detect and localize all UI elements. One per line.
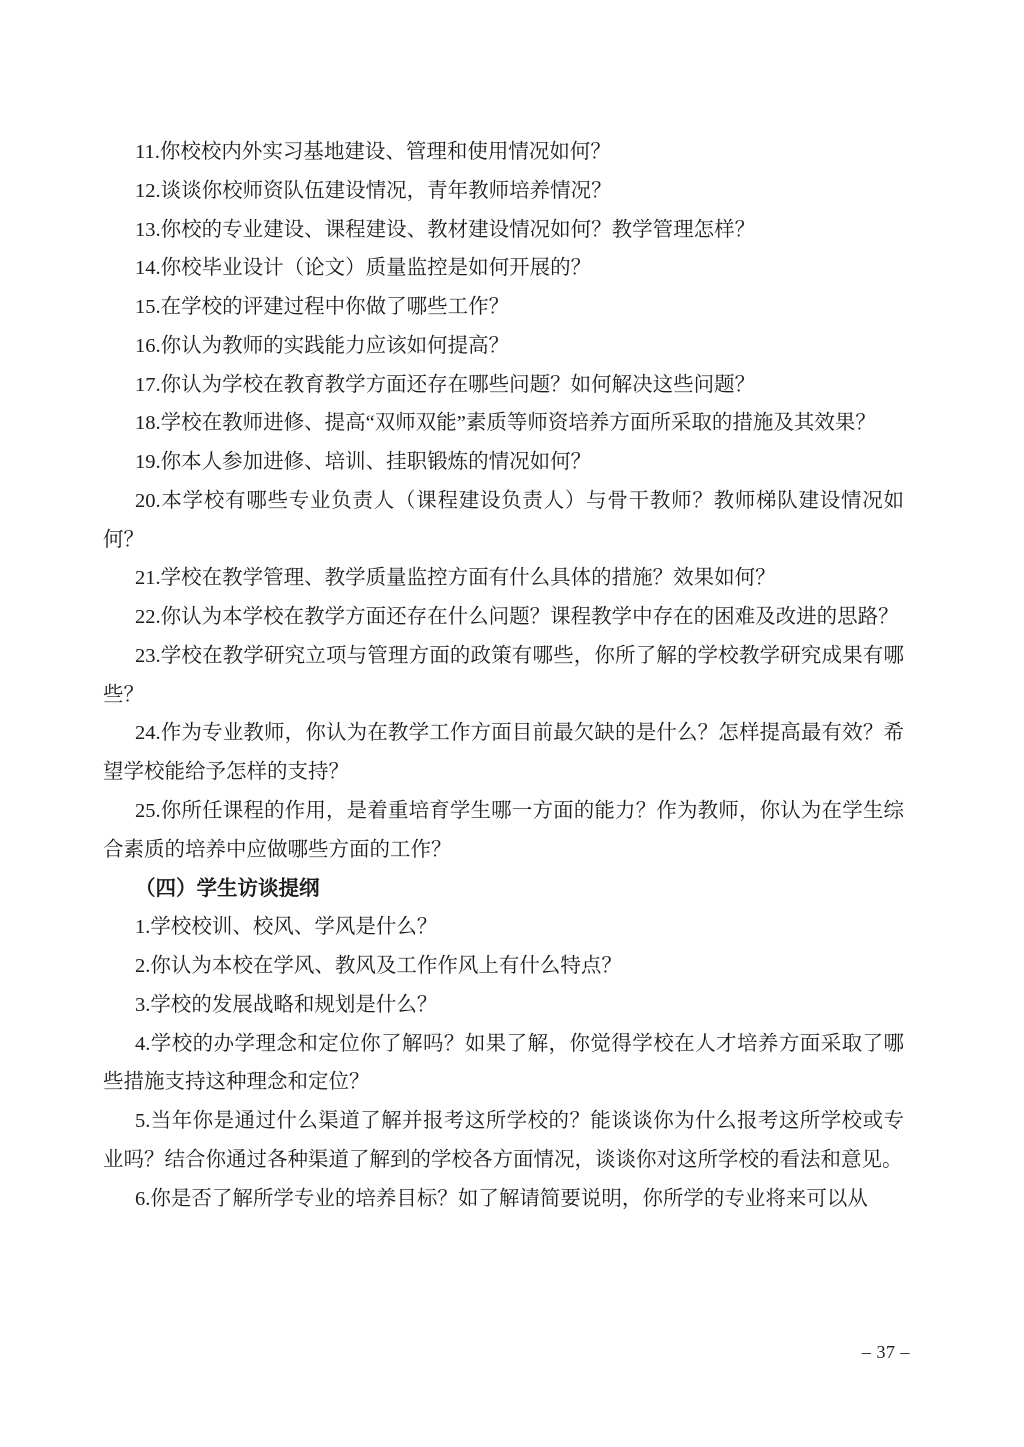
teacher-question-15: 15.在学校的评建过程中你做了哪些工作？	[103, 288, 904, 327]
teacher-question-12: 12.谈谈你校师资队伍建设情况，青年教师培养情况？	[103, 172, 904, 211]
teacher-question-17: 17.你认为学校在教育教学方面还存在哪些问题？如何解决这些问题？	[103, 366, 904, 405]
student-question-6: 6.你是否了解所学专业的培养目标？如了解请简要说明，你所学的专业将来可以从	[103, 1180, 904, 1219]
teacher-question-18: 18.学校在教师进修、提高“双师双能”素质等师资培养方面所采取的措施及其效果？	[103, 404, 904, 443]
teacher-question-14: 14.你校毕业设计（论文）质量监控是如何开展的？	[103, 249, 904, 288]
teacher-question-24: 24.作为专业教师，你认为在教学工作方面目前最欠缺的是什么？怎样提高最有效？希望…	[103, 714, 904, 792]
student-question-3: 3.学校的发展战略和规划是什么？	[103, 986, 904, 1025]
page-number: – 37 –	[862, 1341, 910, 1363]
student-question-1: 1.学校校训、校风、学风是什么？	[103, 908, 904, 947]
document-body: 11.你校校内外实习基地建设、管理和使用情况如何？ 12.谈谈你校师资队伍建设情…	[103, 133, 904, 1218]
teacher-question-21: 21.学校在教学管理、教学质量监控方面有什么具体的措施？效果如何？	[103, 559, 904, 598]
teacher-question-25: 25.你所任课程的作用，是着重培育学生哪一方面的能力？作为教师，你认为在学生综合…	[103, 792, 904, 870]
student-question-5: 5.当年你是通过什么渠道了解并报考这所学校的？能谈谈你为什么报考这所学校或专业吗…	[103, 1102, 904, 1180]
teacher-question-19: 19.你本人参加进修、培训、挂职锻炼的情况如何？	[103, 443, 904, 482]
student-question-2: 2.你认为本校在学风、教风及工作作风上有什么特点？	[103, 947, 904, 986]
section-heading-student-interview-outline: （四）学生访谈提纲	[103, 870, 904, 909]
student-question-4: 4.学校的办学理念和定位你了解吗？如果了解，你觉得学校在人才培养方面采取了哪些措…	[103, 1025, 904, 1103]
teacher-question-20: 20.本学校有哪些专业负责人（课程建设负责人）与骨干教师？教师梯队建设情况如何？	[103, 482, 904, 560]
document-page: 11.你校校内外实习基地建设、管理和使用情况如何？ 12.谈谈你校师资队伍建设情…	[0, 0, 1024, 1447]
teacher-question-23: 23.学校在教学研究立项与管理方面的政策有哪些，你所了解的学校教学研究成果有哪些…	[103, 637, 904, 715]
teacher-question-16: 16.你认为教师的实践能力应该如何提高？	[103, 327, 904, 366]
teacher-question-22: 22.你认为本学校在教学方面还存在什么问题？课程教学中存在的困难及改进的思路？	[103, 598, 904, 637]
teacher-question-13: 13.你校的专业建设、课程建设、教材建设情况如何？教学管理怎样？	[103, 211, 904, 250]
teacher-question-11: 11.你校校内外实习基地建设、管理和使用情况如何？	[103, 133, 904, 172]
